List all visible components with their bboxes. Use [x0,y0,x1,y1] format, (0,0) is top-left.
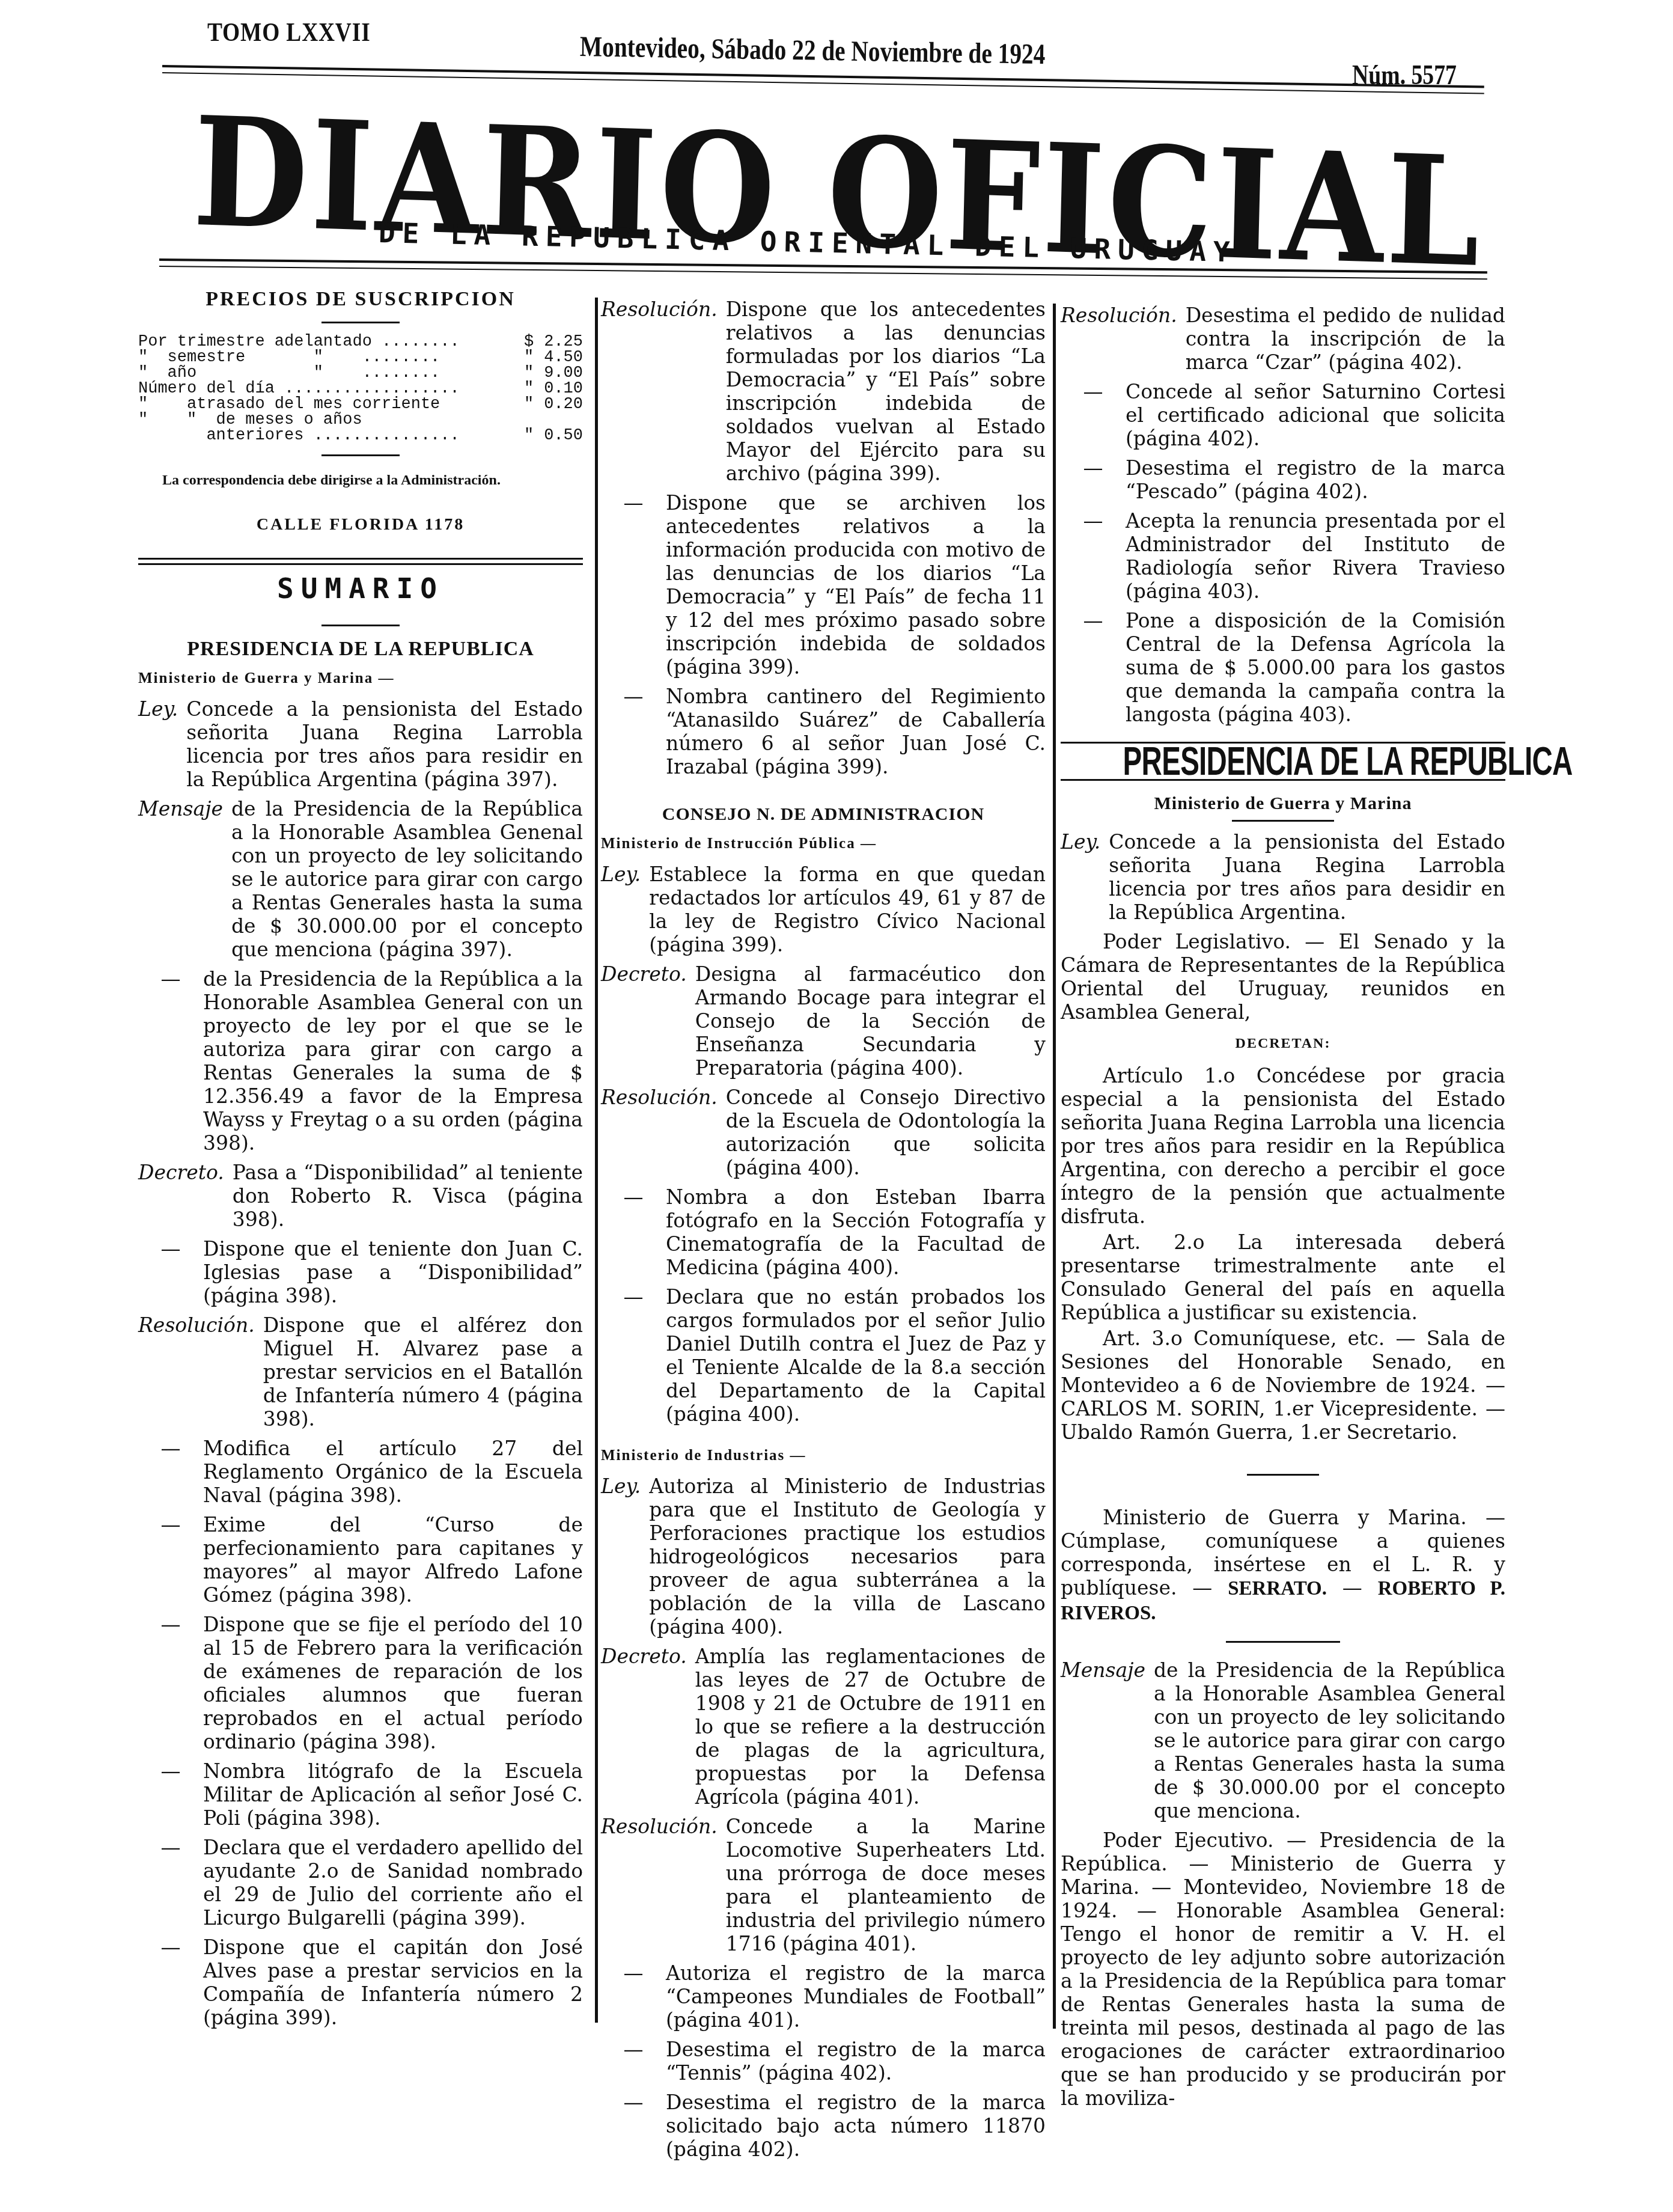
summary-entry: Ley.Concede a la pensionista del Estado … [138,697,583,791]
header-rule-top [162,65,1484,88]
summary-entry: —Dispone que se archiven los antecedente… [601,491,1046,679]
price-row: anteriores ..............."0.50 [138,428,583,444]
summary-entry: —Declara que el verdadero apellido del a… [138,1836,583,1929]
ministry-heading: Ministerio de Instrucción Pública — [601,832,1046,855]
summary-entry: —Desestima el registro de la marca “Tenn… [601,2038,1046,2085]
address: CALLE FLORIDA 1178 [138,513,583,536]
price-row: " semestre " ........"4.50 [138,350,583,365]
price-row: " " de meses o años [138,412,583,428]
divider [1247,1474,1319,1476]
ministry-heading: Ministerio de Guerra y Marina — [138,667,583,690]
summary-entry: —Nombra litógrafo de la Escuela Militar … [138,1759,583,1830]
newspaper-page: TOMO LXXVII Montevideo, Sábado 22 de Nov… [0,0,1673,2212]
ministry-title: Ministerio de Guerra y Marina [1061,792,1505,815]
summary-entry: Resolución.Dispone que el alférez don Mi… [138,1313,583,1431]
column-2: Resolución.Dispone que los antecedentes … [601,298,1046,2167]
section-title: CONSEJO N. DE ADMINISTRACION [601,802,1046,826]
summary-entry: —Pone a disposición de la Comisión Centr… [1061,609,1505,726]
column-1: PRECIOS DE SUSCRIPCION Por trimestre ade… [138,283,583,2035]
promulgation: Ministerio de Guerra y Marina. — Cúmplas… [1061,1506,1505,1625]
summary-entry: Resolución.Dispone que los antecedentes … [601,298,1046,485]
summary-entry: —Nombra cantinero del Regimiento “Atanas… [601,685,1046,778]
executive-message: Poder Ejecutivo. — Presidencia de la Rep… [1061,1829,1505,2110]
column-divider-1 [595,298,598,2023]
price-row: Número del día .................."0.10 [138,381,583,397]
divider [321,322,400,323]
summary-entry: Decreto.Pasa a “Disponibilidad” al tenie… [138,1161,583,1231]
price-row: " año " ........"9.00 [138,365,583,381]
summary-entry: Ley.Autoriza al Ministerio de Industrias… [601,1474,1046,1639]
section-title: PRESIDENCIA DE LA REPUBLICA [138,637,583,661]
summary-entry: —Nombra a don Esteban Ibarra fotógrafo e… [601,1185,1046,1279]
summary-entry: —Acepta la renuncia presentada por el Ad… [1061,509,1505,603]
summary-entry: Resolución.Concede a la Marine Locomotiv… [601,1815,1046,1955]
summary-entry: —Declara que no están probados los cargo… [601,1285,1046,1426]
section-banner: PRESIDENCIA DE LA REPUBLICA [1123,750,1443,773]
summary-entry: —Desestima el registro de la marca solic… [601,2091,1046,2161]
divider [321,454,400,456]
article-1: Artículo 1.o Concédese por gracia especi… [1061,1064,1505,1228]
subscription-title: PRECIOS DE SUSCRIPCION [138,287,583,311]
volume-label: TOMO LXXVII [207,17,371,47]
article-2: Art. 2.o La interesada deberá presentars… [1061,1230,1505,1324]
ministry-heading: Ministerio de Industrias — [601,1444,1046,1467]
subscription-table: Por trimestre adelantado ........$2.25 "… [138,334,583,444]
article-3: Art. 3.o Comuníquese, etc. — Sala de Ses… [1061,1327,1505,1444]
column-divider-2 [1053,304,1056,2029]
signature-president: SERRATO. [1228,1578,1327,1599]
summary-entry: —Dispone que el teniente don Juan C. Igl… [138,1237,583,1307]
preamble: Poder Legislativo. — El Senado y la Cáma… [1061,930,1505,1024]
divider [1226,1641,1340,1643]
summary-entry: —Dispone que se fije el período del 10 a… [138,1613,583,1753]
summary-entry: —de la Presidencia de la República a la … [138,967,583,1155]
summary-entry: —Dispone que el capitán don José Alves p… [138,1935,583,2029]
summary-entry: Resolución.Concede al Consejo Directivo … [601,1086,1046,1179]
summary-title: SUMARIO [138,577,583,600]
summary-entry: Resolución.Desestima el pedido de nulida… [1061,304,1505,374]
summary-entry: Decreto.Designa al farmacéutico don Arma… [601,962,1046,1080]
summary-entry: Ley.Establece la forma en que quedan red… [601,863,1046,956]
law-entry: Ley.Concede a la pensionista del Estado … [1061,830,1505,924]
summary-entry: Decreto.Amplía las reglamentaciones de l… [601,1645,1046,1809]
summary-entry: —Concede al señor Saturnino Cortesi el c… [1061,380,1505,450]
decretan-heading: DECRETAN: [1061,1032,1505,1056]
price-row: " atrasado del mes corriente"0.20 [138,397,583,412]
correspondence-note: La correspondencia debe dirigirse a la A… [138,473,583,487]
summary-entry: Mensajede la Presidencia de la República… [138,797,583,961]
issue-date: Montevideo, Sábado 22 de Noviembre de 19… [580,30,1046,71]
summary-entry: —Autoriza el registro de la marca “Campe… [601,1961,1046,2032]
summary-entry: —Desestima el registro de la marca “Pesc… [1061,456,1505,503]
summary-entry: —Modifica el artículo 27 del Reglamento … [138,1437,583,1507]
double-rule [138,558,583,565]
price-row: Por trimestre adelantado ........$2.25 [138,334,583,350]
summary-entry: —Exime del “Curso de perfecionamiento pa… [138,1513,583,1607]
divider [1232,820,1334,822]
column-3: Resolución.Desestima el pedido de nulida… [1061,304,1505,2112]
divider [321,625,400,626]
message-entry: Mensajede la Presidencia de la República… [1061,1658,1505,1822]
